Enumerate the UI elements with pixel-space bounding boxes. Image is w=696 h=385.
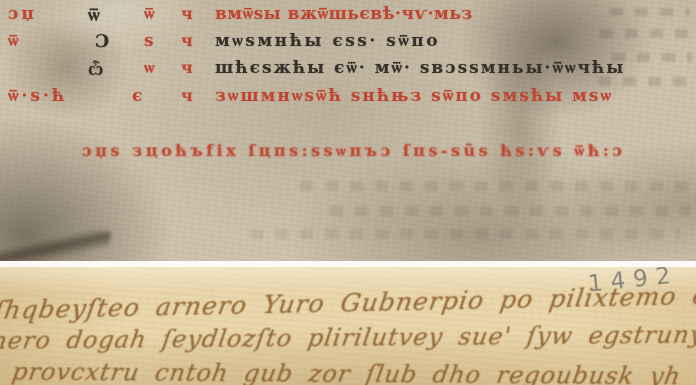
glagolitic-text-line: шћєѕжћы єѿ· мѿ· ѕвɔѕѕмньы·ѿѡчћы	[215, 58, 625, 78]
glagolitic-margin-glyph: ѿ	[88, 4, 100, 27]
crease-shadow	[0, 213, 111, 261]
printed-text-row: ѽ ѡ ч шћєѕжћы єѿ· мѿ· ѕвɔѕѕмньы·ѿѡчћы	[0, 58, 696, 84]
printed-text-row: ѿ·ѕ·ћ є ч зѡшмнѡѕѿћ ѕнћњз ѕѿпо ѕмѕћы мѕѡ	[0, 86, 696, 112]
printed-page-photo: ɔџ ѿ ѿ ч вмѿѕы вжѿшьєвѣ·чѵ·мьз ѿ Ɔ ѕ ч м…	[0, 0, 696, 261]
showthrough-marks	[598, 77, 693, 86]
glagolitic-text-line: мѡѕмнћы єѕѕ· ѕѿпо	[215, 31, 440, 51]
glagolitic-numeral: ч	[181, 58, 193, 77]
glagolitic-text-line: вмѿѕы вжѿшьєвѣ·чѵ·мьз	[215, 4, 473, 24]
showthrough-marks	[300, 181, 690, 191]
rubric-footer-line: ɔџѕ зцоћъfix ſцпѕ:ѕѕѡпъɔ ſпѕ-ѕũѕ ћѕ:ѵѕ ѿ…	[82, 141, 626, 161]
showthrough-marks	[250, 229, 680, 239]
glagolitic-calendar-glyph: є	[132, 86, 142, 106]
glagolitic-numeral: ч	[181, 31, 193, 50]
glagolitic-calendar-glyph: ѿ	[144, 4, 155, 24]
printed-text-row: ɔџ ѿ ѿ ч вмѿѕы вжѿшьєвѣ·чѵ·мьз	[0, 4, 696, 30]
showthrough-marks	[610, 8, 690, 16]
handwritten-page-photo: 1492 ſhqbeyſteo arnero Yuro Gubnerpio po…	[0, 267, 696, 385]
glagolitic-margin-glyph: ѿ	[8, 31, 22, 51]
glagolitic-calendar-glyph: ѕ	[144, 31, 154, 51]
glagolitic-text-line: зѡшмнѡѕѿћ ѕнћњз ѕѿпо ѕмѕћы мѕѡ	[215, 86, 613, 106]
handwritten-line: provcxtru cntoh gub zor ſlub dho regoubu…	[10, 357, 696, 385]
glagolitic-margin-glyph: ѽ	[88, 58, 103, 81]
printed-text-row: ѿ Ɔ ѕ ч мѡѕмнћы єѕѕ· ѕѿпо	[0, 31, 696, 57]
showthrough-marks	[612, 53, 692, 62]
glagolitic-margin-glyph: Ɔ	[95, 31, 109, 52]
glagolitic-numeral: ч	[181, 86, 193, 105]
manuscript-photo-collage: ɔџ ѿ ѿ ч вмѿѕы вжѿшьєвѣ·чѵ·мьз ѿ Ɔ ѕ ч м…	[0, 0, 696, 385]
showthrough-marks	[330, 206, 690, 216]
glagolitic-numeral: ч	[181, 4, 193, 23]
glagolitic-calendar-glyph: ѡ	[144, 58, 155, 78]
showthrough-marks	[600, 29, 692, 38]
glagolitic-margin-glyph: ɔџ	[8, 4, 37, 24]
glagolitic-margin-glyph: ѿ·ѕ·ћ	[8, 86, 67, 106]
handwritten-line: nero dogah ſeydlozſto plirilutvey sue' ſ…	[0, 319, 696, 355]
